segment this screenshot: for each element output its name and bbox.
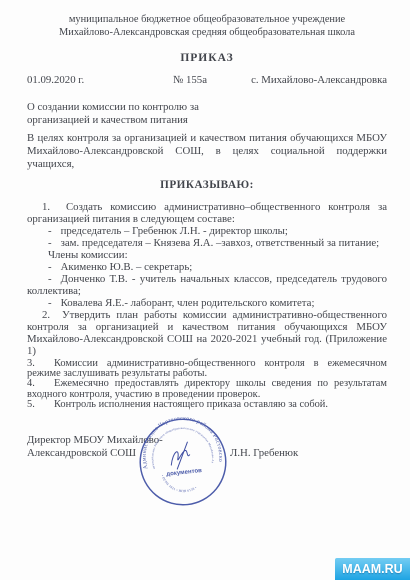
document-content: муниципальное бюджетное общеобразователь…	[27, 13, 387, 580]
commission-member-3-text: Ковалева Я.Е.- лаборант, член родительск…	[61, 297, 315, 309]
order-item-3: 3.Комиссии административно-общественного…	[27, 359, 387, 379]
order-item-2: 2. Утвердить план работы комиссии админи…	[27, 309, 387, 357]
signature-block: Директор МБОУ Михайлово- Александровской…	[27, 430, 387, 580]
item-1-number: 1.	[42, 201, 50, 213]
item-2-text: Утвердить план работы комиссии администр…	[27, 309, 387, 357]
bullet-dash: -	[48, 297, 52, 309]
item-4-text: Ежемесячно предоставлять директору школы…	[27, 378, 387, 399]
order-items-tail: 3.Комиссии административно-общественного…	[27, 359, 387, 410]
commission-member-1-text: Акименко Ю.В. – секретарь;	[61, 261, 193, 273]
org-name-line2: Михайлово-Александровская средняя общеоб…	[27, 26, 387, 39]
stamp-ring-outer-text: Администрация Чертковского района Ростов…	[132, 411, 224, 471]
doc-number: № 155а	[173, 74, 207, 86]
item-5-text: Контроль исполнения настоящего приказа о…	[54, 399, 328, 410]
date-row: 01.09.2020 г. № 155а с. Михайлово-Алекса…	[27, 74, 387, 86]
item-2-number: 2.	[42, 309, 50, 321]
bullet-dash: -	[48, 225, 52, 237]
signer-name: Л.Н. Гребенюк	[230, 447, 298, 459]
order-item-4: 4.Ежемесячно предоставлять директору шко…	[27, 379, 387, 399]
bullet-dash: -	[48, 237, 52, 249]
commission-chair: -председатель – Гребенюк Л.Н. - директор…	[27, 225, 387, 237]
organization-header: муниципальное бюджетное общеобразователь…	[27, 13, 387, 39]
members-label: Члены комиссии:	[27, 249, 387, 261]
signer-title-line2: Александровской СОШ	[27, 447, 136, 459]
commission-member-2-text: Донченко Т.В. - учитель начальных классо…	[27, 273, 387, 297]
document-page: муниципальное бюджетное общеобразователь…	[0, 0, 410, 580]
signature-scribble-icon	[169, 442, 191, 470]
doc-title: ПРИКАЗ	[27, 52, 387, 64]
doc-subject: О создании комиссии по контролю за орган…	[27, 101, 257, 127]
bullet-dash: -	[48, 273, 52, 285]
bullet-dash: -	[48, 261, 52, 273]
commission-vice-chair: -зам. председателя – Князева Я.А. –завхо…	[27, 237, 387, 249]
subject-line1: О создании комиссии по контролю за	[27, 101, 257, 114]
stamp-center-word: документов	[166, 468, 202, 478]
commission-member-3: -Ковалева Я.Е.- лаборант, член родительс…	[27, 297, 387, 309]
order-item-1: 1. Создать комиссию административно–обще…	[27, 201, 387, 225]
commission-member-2: -Донченко Т.В. - учитель начальных класс…	[27, 273, 387, 297]
subject-line2: организацией и качеством питания	[27, 114, 257, 127]
commission-chair-text: председатель – Гребенюк Л.Н. - директор …	[61, 225, 288, 237]
commission-vice-chair-text: зам. председателя – Князева Я.А. –завхоз…	[61, 237, 380, 249]
item-1-text: Создать комиссию административно–обществ…	[27, 201, 387, 225]
org-name-line1: муниципальное бюджетное общеобразователь…	[27, 13, 387, 26]
svg-text:Администрация Чертковского рай: Администрация Чертковского района Ростов…	[132, 411, 224, 471]
item-5-number: 5.	[27, 400, 54, 410]
order-items: 1. Создать комиссию административно–обще…	[27, 201, 387, 357]
round-stamp: Администрация Чертковского района Ростов…	[132, 411, 233, 512]
commission-member-1: -Акименко Ю.В. – секретарь;	[27, 261, 387, 273]
item-3-text: Комиссии административно-общественного к…	[27, 358, 387, 379]
doc-date: 01.09.2020 г.	[27, 74, 173, 86]
resolve-word: ПРИКАЗЫВАЮ:	[27, 179, 387, 191]
order-item-5: 5.Контроль исполнения настоящего приказа…	[27, 400, 387, 410]
doc-place: с. Михайлово-Александровка	[251, 74, 387, 86]
preamble-paragraph: В целях контроля за организацией и качес…	[27, 132, 387, 171]
maam-ru-watermark-badge[interactable]: MAAM.RU	[335, 558, 410, 580]
